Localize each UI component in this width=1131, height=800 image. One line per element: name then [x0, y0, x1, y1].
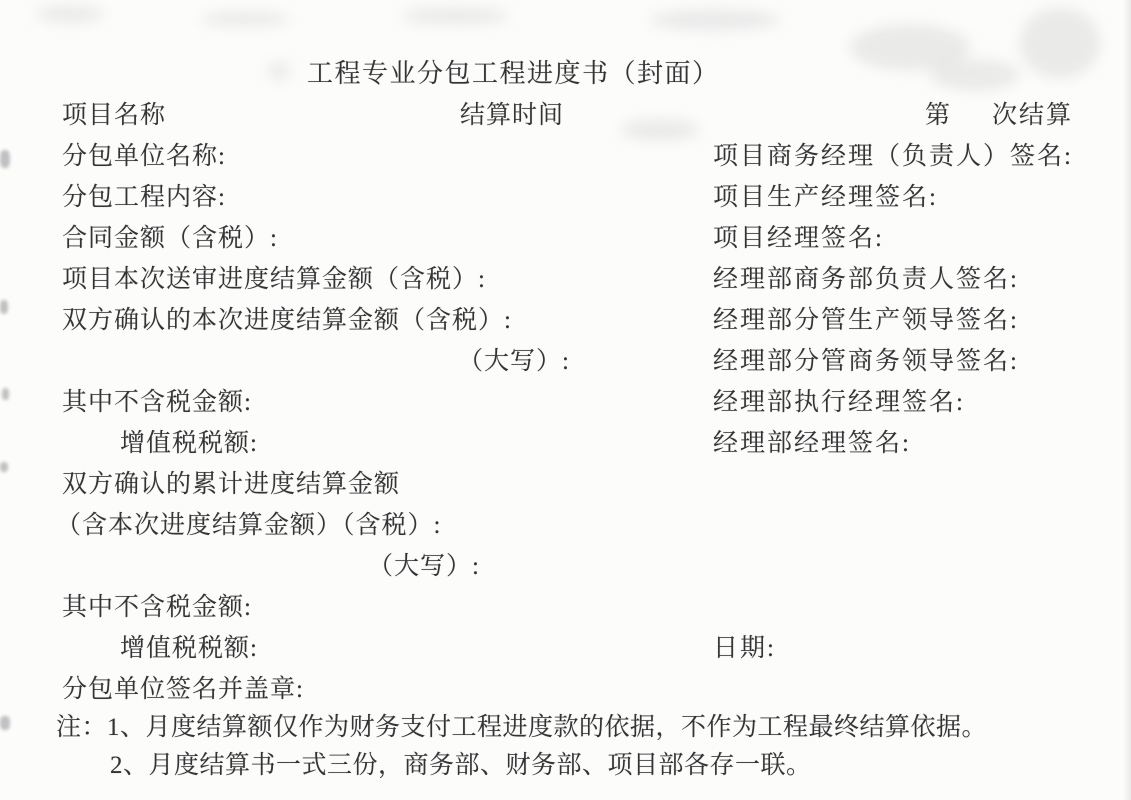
field-label-subcontractor-name: 分包单位名称:: [62, 141, 226, 172]
settlement-ordinal: 第次结算: [925, 100, 1073, 131]
field-label-vat-amount-2: 增值税税额:: [120, 633, 258, 664]
field-label-contract-amount-incl-tax: 合同金额（含税）:: [62, 223, 278, 254]
field-label-excl-tax-amount-1: 其中不含税金额:: [62, 387, 252, 418]
signature-label-commerce-manager: 项目商务经理（负责人）签名:: [713, 141, 1073, 172]
scan-smudge: [400, 8, 510, 24]
settlement-ordinal-suffix: 次结算: [992, 102, 1073, 129]
scan-smudge: [620, 120, 700, 140]
signature-label-dept-commerce-leader: 经理部分管商务领导签名:: [713, 346, 1019, 377]
scan-smudge: [1020, 8, 1100, 78]
note-line-2: 2、月度结算书一式三份，商务部、财务部、项目部各存一联。: [110, 750, 812, 781]
field-label-subcontractor-sign-seal: 分包单位签名并盖章:: [62, 674, 304, 705]
scan-speck: [2, 388, 9, 400]
signature-label-production-manager: 项目生产经理签名:: [713, 182, 938, 213]
signature-label-dept-executive-manager: 经理部执行经理签名:: [713, 387, 965, 418]
field-label-vat-amount-1: 增值税税额:: [120, 428, 258, 459]
scan-smudge: [650, 10, 780, 30]
field-label-cumulative-settlement-line1: 双方确认的累计进度结算金额: [62, 469, 400, 500]
field-label-amount-in-words-2: （大写）:: [368, 551, 480, 582]
scan-smudge: [200, 12, 290, 26]
field-label-date: 日期:: [713, 633, 776, 664]
settlement-ordinal-prefix: 第: [925, 102, 952, 129]
scan-edge-shade: [1123, 0, 1131, 800]
scan-speck: [0, 716, 10, 730]
signature-label-dept-production-leader: 经理部分管生产领导签名:: [713, 305, 1019, 336]
field-label-subcontract-scope: 分包工程内容:: [62, 182, 226, 213]
scan-speck: [0, 462, 8, 472]
field-label-settlement-time: 结算时间: [460, 100, 564, 131]
scan-speck: [0, 300, 8, 314]
scan-smudge: [35, 6, 105, 22]
signature-label-dept-commerce-head: 经理部商务部负责人签名:: [713, 264, 1019, 295]
field-label-amount-in-words-1: （大写）:: [458, 346, 570, 377]
field-label-excl-tax-amount-2: 其中不含税金额:: [62, 592, 252, 623]
note-line-1: 注：1、月度结算额仅作为财务支付工程进度款的依据，不作为工程最终结算依据。: [56, 712, 987, 743]
field-label-confirmed-settlement-amount: 双方确认的本次进度结算金额（含税）:: [62, 305, 512, 336]
field-label-cumulative-settlement-line2: （含本次进度结算金额）（含税）:: [56, 510, 441, 541]
field-label-project-name: 项目名称: [62, 100, 166, 131]
field-label-submitted-settlement-amount: 项目本次送审进度结算金额（含税）:: [62, 264, 486, 295]
signature-label-dept-manager: 经理部经理签名:: [713, 428, 911, 459]
document-page: 工程专业分包工程进度书（封面） 项目名称 结算时间 第次结算 分包单位名称: 分…: [0, 0, 1131, 800]
scan-speck: [0, 150, 10, 168]
scan-smudge: [850, 25, 970, 70]
scan-smudge: [268, 62, 290, 80]
scan-smudge: [930, 60, 1020, 90]
signature-label-project-manager: 项目经理签名:: [713, 223, 884, 254]
document-title: 工程专业分包工程进度书（封面）: [307, 58, 720, 91]
